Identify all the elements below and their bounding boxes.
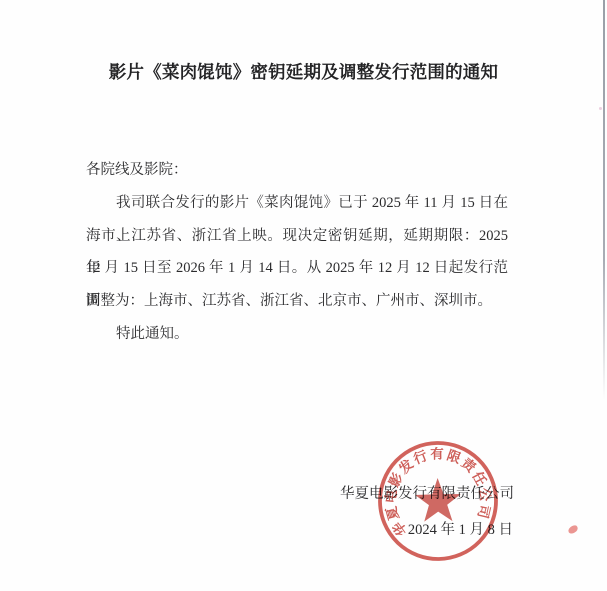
notice-body: 各院线及影院：我司联合发行的影片《菜肉馄饨》已于 2025 年 11 月 15 … <box>86 154 508 351</box>
seal-ring-char: 有 <box>430 445 444 461</box>
body-line: 12 月 15 日至 2026 年 1 月 14 日。从 2025 年 12 月… <box>86 252 508 285</box>
faint-ink-dot <box>599 107 602 110</box>
body-line: 特此通知。 <box>86 318 508 351</box>
red-ink-speck <box>567 524 579 535</box>
body-line: 我司联合发行的影片《菜肉馄饨》已于 2025 年 11 月 15 日在上 <box>86 187 508 220</box>
seal-graphic: 华夏电影发行有限责任公司 <box>371 434 505 568</box>
seal-star-icon <box>415 478 461 522</box>
document-title: 影片《菜肉馄饨》密钥延期及调整发行范围的通知 <box>0 59 607 84</box>
seal-ring-char: 电 <box>382 488 399 503</box>
body-line: 海市、江苏省、浙江省上映。现决定密钥延期，延期期限：2025 年 <box>86 220 508 253</box>
seal-ring-char: 司 <box>475 503 494 520</box>
document-page: 影片《菜肉馄饨》密钥延期及调整发行范围的通知 各院线及影院：我司联合发行的影片《… <box>0 0 607 591</box>
company-seal-stamp: 华夏电影发行有限责任公司 <box>371 434 505 568</box>
body-line: 各院线及影院： <box>86 154 508 187</box>
body-line: 调整为：上海市、江苏省、浙江省、北京市、广州市、深圳市。 <box>86 285 508 318</box>
seal-ring-char: 夏 <box>383 504 402 522</box>
seal-ring-char: 公 <box>476 487 493 503</box>
